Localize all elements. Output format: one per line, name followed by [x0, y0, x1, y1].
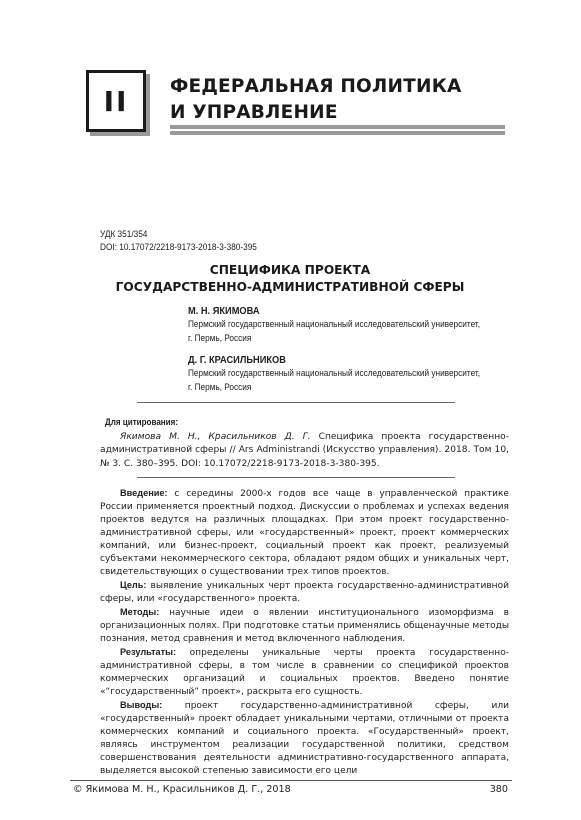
citation-block: Для цитирования: Якимова М. Н., Красильн… — [100, 415, 509, 471]
abstract-text: выявление уникальных черт проекта госуда… — [100, 581, 509, 604]
abstract-label: Введение: — [120, 488, 168, 498]
page-number: 380 — [490, 784, 508, 795]
abstract-introduction: Введение: с середины 2000-х годов все ча… — [100, 487, 509, 579]
author-name: Д. Г. КРАСИЛЬНИКОВ — [188, 354, 494, 367]
chapter-box-frame: II — [86, 70, 146, 132]
rule-line — [170, 131, 505, 135]
chapter-number: II — [104, 85, 129, 118]
udc-code: УДК 351/354 — [100, 228, 257, 241]
doi: DOI: 10.17072/2218-9173-2018-3-380-395 — [100, 241, 257, 254]
article-title-line1: СПЕЦИФИКА ПРОЕКТА — [60, 262, 520, 279]
abstract-results: Результаты: определены уникальные черты … — [100, 646, 509, 699]
abstract-text: проект государственно-административной с… — [100, 701, 509, 776]
abstract-label: Выводы: — [120, 700, 162, 710]
article-title: СПЕЦИФИКА ПРОЕКТА ГОСУДАРСТВЕННО-АДМИНИС… — [60, 262, 520, 296]
abstract-text: с середины 2000-х годов все чаще в управ… — [100, 489, 509, 577]
author-location: г. Пермь, Россия — [188, 332, 480, 346]
divider-top — [137, 402, 455, 403]
chapter-title-line2: И УПРАВЛЕНИЕ — [170, 100, 462, 126]
divider-bottom — [137, 477, 455, 478]
chapter-title-rule — [170, 125, 505, 135]
author-name: М. Н. ЯКИМОВА — [188, 305, 494, 318]
abstract-text: научные идеи о явлении институциональног… — [100, 608, 509, 644]
author-location: г. Пермь, Россия — [188, 381, 480, 395]
rule-line — [170, 125, 505, 129]
footer-copyright: © Якимова М. Н., Красильников Д. Г., 201… — [73, 784, 291, 795]
abstract-goal: Цель: выявление уникальных черт проекта … — [100, 579, 509, 606]
chapter-title-line1: ФЕДЕРАЛЬНАЯ ПОЛИТИКА — [170, 74, 462, 100]
abstract: Введение: с середины 2000-х годов все ча… — [100, 487, 509, 778]
document-page: II ФЕДЕРАЛЬНАЯ ПОЛИТИКА И УПРАВЛЕНИЕ УДК… — [0, 0, 581, 820]
author-affiliation: Пермский государственный национальный ис… — [188, 318, 480, 332]
author-affiliation: Пермский государственный национальный ис… — [188, 367, 480, 381]
article-meta: УДК 351/354 DOI: 10.17072/2218-9173-2018… — [100, 228, 257, 254]
article-title-line2: ГОСУДАРСТВЕННО-АДМИНИСТРАТИВНОЙ СФЕРЫ — [60, 279, 520, 296]
footer-rule — [70, 780, 512, 781]
citation-text: Якимова М. Н., Красильников Д. Г. Специф… — [100, 431, 509, 472]
abstract-methods: Методы: научные идеи о явлении институци… — [100, 606, 509, 646]
author-entry: М. Н. ЯКИМОВА Пермский государственный н… — [188, 305, 528, 346]
chapter-number-box: II — [86, 70, 146, 132]
chapter-title: ФЕДЕРАЛЬНАЯ ПОЛИТИКА И УПРАВЛЕНИЕ — [170, 74, 462, 126]
citation-authors: Якимова М. Н., Красильников Д. Г. — [120, 432, 311, 442]
abstract-label: Цель: — [120, 580, 146, 590]
author-entry: Д. Г. КРАСИЛЬНИКОВ Пермский государствен… — [188, 354, 528, 395]
authors-block: М. Н. ЯКИМОВА Пермский государственный н… — [188, 305, 528, 403]
abstract-label: Результаты: — [120, 647, 176, 657]
citation-label: Для цитирования: — [105, 415, 178, 429]
abstract-conclusions: Выводы: проект государственно-администра… — [100, 699, 509, 778]
abstract-label: Методы: — [120, 607, 159, 617]
